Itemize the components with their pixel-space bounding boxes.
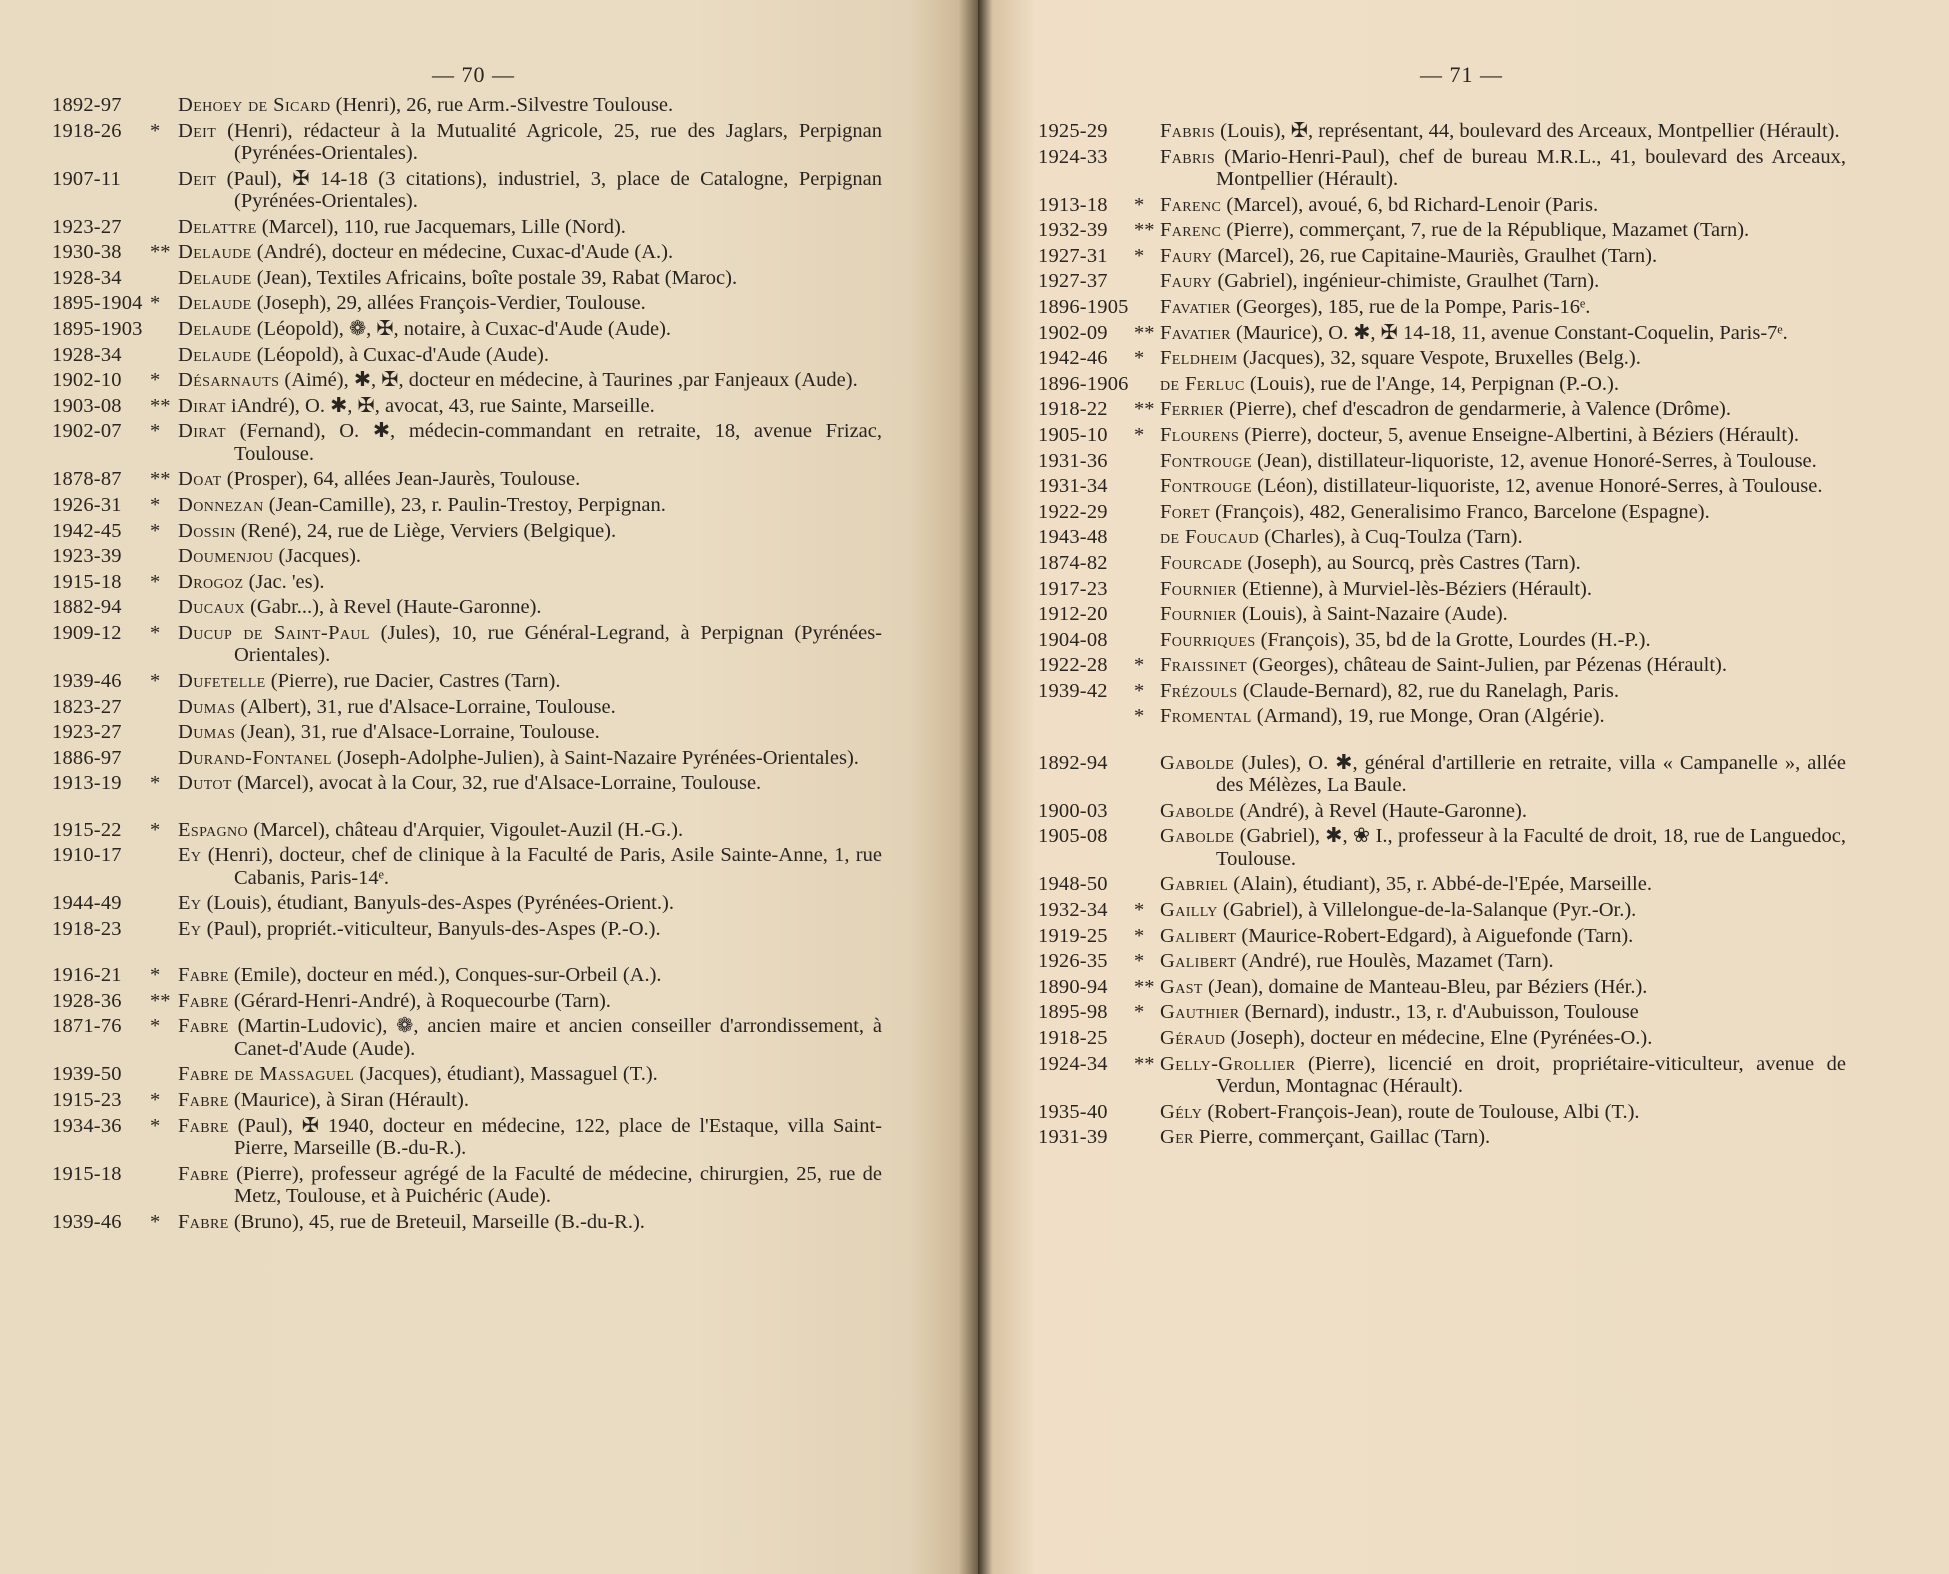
membership-marker (150, 344, 178, 366)
membership-years: 1924-33 (1038, 146, 1134, 191)
directory-entry: 1918-22**Ferrier (Pierre), chef d'escadr… (1038, 398, 1846, 420)
directory-entry: 1932-39**Farenc (Pierre), commerçant, 7,… (1038, 219, 1846, 241)
membership-marker (1134, 475, 1160, 497)
entry-text: Fournier (Louis), à Saint-Nazaire (Aude)… (1160, 603, 1846, 625)
member-surname: Ger (1160, 1126, 1194, 1148)
member-surname: Dirat (178, 420, 226, 442)
member-surname: Fontrouge (1160, 450, 1252, 472)
directory-entry: 1878-87**Doat (Prosper), 64, allées Jean… (52, 468, 882, 490)
entry-text: Dumas (Albert), 31, rue d'Alsace-Lorrain… (178, 696, 882, 718)
membership-marker (150, 844, 178, 889)
membership-years: 1871-76 (52, 1015, 150, 1060)
entry-text: Ger Pierre, commerçant, Gaillac (Tarn). (1160, 1126, 1846, 1148)
membership-years: 1924-34 (1038, 1053, 1134, 1098)
membership-marker: * (1134, 950, 1160, 972)
directory-entry: 1942-45*Dossin (René), 24, rue de Liège,… (52, 520, 882, 542)
directory-entry: 1912-20Fournier (Louis), à Saint-Nazaire… (1038, 603, 1846, 625)
entry-text: Dossin (René), 24, rue de Liège, Vervier… (178, 520, 882, 542)
member-details: (Henri), docteur, chef de clinique à la … (201, 844, 882, 888)
page-right: — 71 — 1925-29Fabris (Louis), ✠, représe… (978, 0, 1949, 1574)
directory-entry: 1935-40Gély (Robert-François-Jean), rout… (1038, 1101, 1846, 1123)
entry-text: Dufetelle (Pierre), rue Dacier, Castres … (178, 670, 882, 692)
entry-text: Fabre (Paul), ✠ 1940, docteur en médecin… (178, 1115, 882, 1160)
member-surname: Ducaux (178, 596, 245, 618)
member-surname: Doumenjou (178, 545, 273, 567)
entry-text: Delaude (Léopold), à Cuxac-d'Aude (Aude)… (178, 344, 882, 366)
membership-marker (150, 747, 178, 769)
directory-entry: 1927-37Faury (Gabriel), ingénieur-chimis… (1038, 270, 1846, 292)
member-details: (François), 482, Generalisimo Franco, Ba… (1210, 501, 1710, 523)
member-details: (Georges), 185, rue de la Pompe, Paris-1… (1231, 296, 1591, 318)
member-details: (Paul), ✠ 1940, docteur en médecine, 122… (229, 1115, 882, 1159)
membership-marker: ** (150, 395, 178, 417)
membership-marker (1134, 578, 1160, 600)
page-number: — 71 — (1420, 62, 1503, 88)
member-details: iAndré), O. ✱, ✠, avocat, 43, rue Sainte… (226, 395, 655, 417)
membership-years: 1942-46 (1038, 347, 1134, 369)
entry-text: Gabolde (André), à Revel (Haute-Garonne)… (1160, 800, 1846, 822)
member-details: (Marcel), avoué, 6, bd Richard-Lenoir (P… (1221, 194, 1598, 216)
directory-entry: 1918-25Géraud (Joseph), docteur en médec… (1038, 1027, 1846, 1049)
membership-years: 1882-94 (52, 596, 150, 618)
directory-entry: 1895-1903Delaude (Léopold), ❁, ✠, notair… (52, 318, 882, 340)
member-details: (Louis), ✠, représentant, 44, boulevard … (1215, 120, 1840, 142)
entry-text: Gabriel (Alain), étudiant), 35, r. Abbé-… (1160, 873, 1846, 895)
member-details: (Léopold), ❁, ✠, notaire, à Cuxac-d'Aude… (252, 318, 671, 340)
member-surname: Delattre (178, 216, 257, 238)
member-details: (Martin-Ludovic), ❁, ancien maire et anc… (229, 1015, 882, 1059)
member-surname: Ducup de Saint-Paul (178, 622, 370, 644)
membership-years: 1923-39 (52, 545, 150, 567)
member-details: (Pierre), chef d'escadron de gendarmerie… (1224, 398, 1731, 420)
member-details: (Robert-François-Jean), route de Toulous… (1202, 1101, 1639, 1123)
entry-text: Farenc (Marcel), avoué, 6, bd Richard-Le… (1160, 194, 1846, 216)
member-details: (Jules), O. ✱, général d'artillerie en r… (1216, 752, 1846, 796)
member-surname: Faury (1160, 245, 1212, 267)
membership-years: 1918-25 (1038, 1027, 1134, 1049)
entry-text: Gabolde (Jules), O. ✱, général d'artille… (1160, 752, 1846, 797)
membership-years: 1939-46 (52, 670, 150, 692)
entry-text: Delaude (Jean), Textiles Africains, boît… (178, 267, 882, 289)
member-surname: Galibert (1160, 950, 1236, 972)
membership-marker (150, 696, 178, 718)
member-surname: Gast (1160, 976, 1203, 998)
member-details: (Jacques). (273, 545, 361, 567)
member-surname: Fourriques (1160, 629, 1256, 651)
membership-marker: ** (150, 990, 178, 1012)
member-surname: Gauthier (1160, 1001, 1239, 1023)
directory-entry: 1874-82Fourcade (Joseph), au Sourcq, prè… (1038, 552, 1846, 574)
directory-entry: 1915-18Fabre (Pierre), professeur agrégé… (52, 1163, 882, 1208)
page-number: — 70 — (432, 62, 515, 88)
member-details: (René), 24, rue de Liège, Verviers (Belg… (236, 520, 616, 542)
entry-text: Gast (Jean), domaine de Manteau-Bleu, pa… (1160, 976, 1846, 998)
entry-text: Fabre (Gérard-Henri-André), à Roquecourb… (178, 990, 882, 1012)
membership-years: 1931-34 (1038, 475, 1134, 497)
directory-entry: 1939-46*Dufetelle (Pierre), rue Dacier, … (52, 670, 882, 692)
membership-years: 1895-1903 (52, 318, 150, 340)
entry-list: 1892-97Dehoey de Sicard (Henri), 26, rue… (52, 94, 882, 1236)
directory-entry: 1915-18*Drogoz (Jac. 'es). (52, 571, 882, 593)
membership-marker: * (1134, 1001, 1160, 1023)
membership-years: 1823-27 (52, 696, 150, 718)
page-left: — 70 — 1892-97Dehoey de Sicard (Henri), … (0, 0, 978, 1574)
membership-marker: * (1134, 245, 1160, 267)
membership-marker (1134, 296, 1160, 318)
membership-years: 1932-39 (1038, 219, 1134, 241)
member-details: (Louis), rue de l'Ange, 14, Perpignan (P… (1245, 373, 1619, 395)
member-details: (Pierre), commerçant, 7, rue de la Répub… (1221, 219, 1749, 241)
membership-marker: ** (1134, 1053, 1160, 1098)
entry-text: Ducaux (Gabr...), à Revel (Haute-Garonne… (178, 596, 882, 618)
membership-marker (1134, 603, 1160, 625)
member-details: (Georges), château de Saint-Julien, par … (1247, 654, 1727, 676)
membership-marker: ** (150, 468, 178, 490)
entry-text: Fontrouge (Jean), distillateur-liquorist… (1160, 450, 1846, 472)
member-details: (Mario-Henri-Paul), chef de bureau M.R.L… (1215, 146, 1846, 190)
directory-entry: 1915-22*Espagno (Marcel), château d'Arqu… (52, 819, 882, 841)
membership-marker: * (1134, 347, 1160, 369)
member-details: (Maurice), O. ✱, ✠ 14-18, 11, avenue Con… (1231, 322, 1788, 344)
directory-entry: 1896-1906de Ferluc (Louis), rue de l'Ang… (1038, 373, 1846, 395)
entry-text: Farenc (Pierre), commerçant, 7, rue de l… (1160, 219, 1846, 241)
entry-text: Fraissinet (Georges), château de Saint-J… (1160, 654, 1846, 676)
entry-text: de Ferluc (Louis), rue de l'Ange, 14, Pe… (1160, 373, 1846, 395)
member-details: (Joseph), 29, allées François-Verdier, T… (252, 292, 646, 314)
membership-marker: * (1134, 680, 1160, 702)
member-details: (Paul), ✠ 14-18 (3 citations), industrie… (216, 168, 882, 212)
member-surname: de Foucaud (1160, 526, 1259, 548)
membership-marker (1134, 1126, 1160, 1148)
member-details: (Gérard-Henri-André), à Roquecourbe (Tar… (229, 990, 611, 1012)
member-details: (Jacques), 32, square Vespote, Bruxelles… (1238, 347, 1641, 369)
member-surname: Ey (178, 892, 201, 914)
member-surname: Gelly-Grollier (1160, 1053, 1296, 1075)
membership-years: 1939-46 (52, 1211, 150, 1233)
entry-text: Delaude (André), docteur en médecine, Cu… (178, 241, 882, 263)
member-surname: Géraud (1160, 1027, 1225, 1049)
membership-years: 1902-10 (52, 369, 150, 391)
membership-years: 1926-31 (52, 494, 150, 516)
member-details: (Gabriel), ingénieur-chimiste, Graulhet … (1212, 270, 1599, 292)
membership-marker (1134, 501, 1160, 523)
entry-text: Fabris (Mario-Henri-Paul), chef de burea… (1160, 146, 1846, 191)
membership-marker (150, 216, 178, 238)
membership-years: 1931-36 (1038, 450, 1134, 472)
member-details: (Louis), étudiant, Banyuls-des-Aspes (Py… (201, 892, 674, 914)
membership-years: 1931-39 (1038, 1126, 1134, 1148)
membership-years: 1890-94 (1038, 976, 1134, 998)
membership-marker: * (150, 1115, 178, 1160)
membership-marker: * (150, 670, 178, 692)
directory-entry: 1948-50Gabriel (Alain), étudiant), 35, r… (1038, 873, 1846, 895)
membership-marker: * (1134, 925, 1160, 947)
member-details: (Henri), rédacteur à la Mutualité Agrico… (216, 120, 882, 164)
member-surname: Espagno (178, 819, 248, 841)
member-details: (Pierre), rue Dacier, Castres (Tarn). (266, 670, 561, 692)
membership-years: 1918-26 (52, 120, 150, 165)
directory-entry: 1902-10*Désarnauts (Aimé), ✱, ✠, docteur… (52, 369, 882, 391)
directory-entry: 1917-23Fournier (Etienne), à Murviel-lès… (1038, 578, 1846, 600)
membership-marker (150, 1063, 178, 1085)
membership-years: 1896-1906 (1038, 373, 1134, 395)
member-details: (Jean-Camille), 23, r. Paulin-Trestoy, P… (264, 494, 666, 516)
membership-marker: * (1134, 424, 1160, 446)
directory-entry: 1886-97Durand-Fontanel (Joseph-Adolphe-J… (52, 747, 882, 769)
membership-marker (1134, 120, 1160, 142)
membership-years: 1939-42 (1038, 680, 1134, 702)
member-surname: de Ferluc (1160, 373, 1245, 395)
membership-marker (1134, 1101, 1160, 1123)
directory-entry: 1892-97Dehoey de Sicard (Henri), 26, rue… (52, 94, 882, 116)
member-details: (Albert), 31, rue d'Alsace-Lorraine, Tou… (235, 696, 615, 718)
member-surname: Dumas (178, 696, 235, 718)
book-spread: — 70 — 1892-97Dehoey de Sicard (Henri), … (0, 0, 1949, 1574)
directory-entry: 1882-94Ducaux (Gabr...), à Revel (Haute-… (52, 596, 882, 618)
membership-years: 1907-11 (52, 168, 150, 213)
entry-text: Delaude (Léopold), ❁, ✠, notaire, à Cuxa… (178, 318, 882, 340)
member-surname: Dehoey de Sicard (178, 94, 331, 116)
membership-marker (150, 596, 178, 618)
membership-marker: * (1134, 899, 1160, 921)
membership-marker (150, 168, 178, 213)
member-details: (Prosper), 64, allées Jean-Jaurès, Toulo… (222, 468, 581, 490)
directory-entry: 1905-10*Flourens (Pierre), docteur, 5, a… (1038, 424, 1846, 446)
member-details: (Aimé), ✱, ✠, docteur en médecine, à Tau… (279, 369, 857, 391)
member-details: (Charles), à Cuq-Toulza (Tarn). (1259, 526, 1523, 548)
entry-text: Fourriques (François), 35, bd de la Grot… (1160, 629, 1846, 651)
membership-marker (150, 1163, 178, 1208)
member-surname: Fromental (1160, 705, 1252, 727)
member-details: (Léon), distillateur-liquoriste, 12, ave… (1252, 475, 1822, 497)
directory-entry: 1913-18*Farenc (Marcel), avoué, 6, bd Ri… (1038, 194, 1846, 216)
member-surname: Gabriel (1160, 873, 1228, 895)
entry-text: Fourcade (Joseph), au Sourcq, près Castr… (1160, 552, 1846, 574)
member-details: (Armand), 19, rue Monge, Oran (Algérie). (1252, 705, 1605, 727)
directory-entry: 1902-09**Favatier (Maurice), O. ✱, ✠ 14-… (1038, 322, 1846, 344)
entry-text: Delaude (Joseph), 29, allées François-Ve… (178, 292, 882, 314)
directory-entry: 1900-03Gabolde (André), à Revel (Haute-G… (1038, 800, 1846, 822)
membership-years: 1915-22 (52, 819, 150, 841)
member-details: (Etienne), à Murviel-lès-Béziers (Héraul… (1237, 578, 1592, 600)
membership-marker (1134, 1027, 1160, 1049)
entry-text: Gély (Robert-François-Jean), route de To… (1160, 1101, 1846, 1123)
entry-text: Feldheim (Jacques), 32, square Vespote, … (1160, 347, 1846, 369)
member-surname: Delaude (178, 318, 252, 340)
entry-text: Deit (Paul), ✠ 14-18 (3 citations), indu… (178, 168, 882, 213)
membership-marker: * (150, 571, 178, 593)
membership-marker (1134, 373, 1160, 395)
member-surname: Galibert (1160, 925, 1236, 947)
member-details: (André), à Revel (Haute-Garonne). (1234, 800, 1527, 822)
directory-entry: 1925-29Fabris (Louis), ✠, représentant, … (1038, 120, 1846, 142)
member-surname: Ey (178, 844, 201, 866)
membership-years: 1919-25 (1038, 925, 1134, 947)
entry-text: Delattre (Marcel), 110, rue Jacquemars, … (178, 216, 882, 238)
member-surname: Deit (178, 168, 216, 190)
member-surname: Dirat (178, 395, 226, 417)
member-details: (Marcel), château d'Arquier, Vigoulet-Au… (248, 819, 683, 841)
membership-years: 1918-22 (1038, 398, 1134, 420)
entry-text: Favatier (Georges), 185, rue de la Pompe… (1160, 296, 1846, 318)
member-details: (André), docteur en médecine, Cuxac-d'Au… (252, 241, 674, 263)
member-surname: Frézouls (1160, 680, 1238, 702)
membership-marker: * (150, 1211, 178, 1233)
member-surname: Gély (1160, 1101, 1202, 1123)
membership-years: 1923-27 (52, 721, 150, 743)
entry-text: Ducup de Saint-Paul (Jules), 10, rue Gén… (178, 622, 882, 667)
member-details: (Fernand), O. ✱, médecin-commandant en r… (226, 420, 882, 464)
member-surname: Donnezan (178, 494, 264, 516)
member-details: (François), 35, bd de la Grotte, Lourdes… (1256, 629, 1651, 651)
member-details: (André), rue Houlès, Mazamet (Tarn). (1236, 950, 1553, 972)
member-details: (Jean), Textiles Africains, boîte postal… (252, 267, 737, 289)
directory-entry: 1895-98*Gauthier (Bernard), industr., 13… (1038, 1001, 1846, 1023)
entry-text: Foret (François), 482, Generalisimo Fran… (1160, 501, 1846, 523)
membership-years: 1922-29 (1038, 501, 1134, 523)
member-surname: Ferrier (1160, 398, 1224, 420)
membership-marker (1134, 552, 1160, 574)
entry-text: Désarnauts (Aimé), ✱, ✠, docteur en méde… (178, 369, 882, 391)
directory-entry: 1931-34Fontrouge (Léon), distillateur-li… (1038, 475, 1846, 497)
membership-years: 1934-36 (52, 1115, 150, 1160)
member-surname: Désarnauts (178, 369, 279, 391)
entry-text: Espagno (Marcel), château d'Arquier, Vig… (178, 819, 882, 841)
membership-marker: * (150, 964, 178, 986)
member-surname: Doat (178, 468, 222, 490)
membership-years: 1926-35 (1038, 950, 1134, 972)
directory-entry: 1892-94Gabolde (Jules), O. ✱, général d'… (1038, 752, 1846, 797)
membership-marker (150, 545, 178, 567)
membership-years (1038, 705, 1134, 727)
directory-entry: 1923-27Delattre (Marcel), 110, rue Jacqu… (52, 216, 882, 238)
membership-years: 1928-34 (52, 267, 150, 289)
entry-text: Dirat iAndré), O. ✱, ✠, avocat, 43, rue … (178, 395, 882, 417)
entry-text: Flourens (Pierre), docteur, 5, avenue En… (1160, 424, 1846, 446)
member-surname: Dossin (178, 520, 236, 542)
member-surname: Favatier (1160, 322, 1231, 344)
member-details: (Bruno), 45, rue de Breteuil, Marseille … (229, 1211, 645, 1233)
membership-years: 1927-37 (1038, 270, 1134, 292)
directory-entry: 1871-76*Fabre (Martin-Ludovic), ❁, ancie… (52, 1015, 882, 1060)
member-surname: Fabris (1160, 120, 1215, 142)
directory-entry: 1939-42*Frézouls (Claude-Bernard), 82, r… (1038, 680, 1846, 702)
entry-text: Fabre (Maurice), à Siran (Hérault). (178, 1089, 882, 1111)
member-details: (Gabr...), à Revel (Haute-Garonne). (245, 596, 542, 618)
membership-years: 1905-08 (1038, 825, 1134, 870)
entry-text: Deit (Henri), rédacteur à la Mutualité A… (178, 120, 882, 165)
entry-text: Dutot (Marcel), avocat à la Cour, 32, ru… (178, 772, 882, 794)
membership-marker (150, 892, 178, 914)
directory-entry: 1926-31*Donnezan (Jean-Camille), 23, r. … (52, 494, 882, 516)
entry-text: Galibert (Maurice-Robert-Edgard), à Aigu… (1160, 925, 1846, 947)
directory-entry: 1927-31*Faury (Marcel), 26, rue Capitain… (1038, 245, 1846, 267)
directory-entry: 1923-39Doumenjou (Jacques). (52, 545, 882, 567)
membership-years: 1874-82 (1038, 552, 1134, 574)
entry-list: 1925-29Fabris (Louis), ✠, représentant, … (1038, 120, 1846, 1152)
member-details: (Gabriel), ✱, ❀ I., professeur à la Facu… (1216, 825, 1846, 869)
directory-entry: 1932-34*Gailly (Gabriel), à Villelongue-… (1038, 899, 1846, 921)
member-surname: Fourcade (1160, 552, 1242, 574)
member-details: (Jacques), étudiant), Massaguel (T.). (354, 1063, 658, 1085)
member-details: (Paul), propriét.-viticulteur, Banyuls-d… (201, 918, 660, 940)
member-details: (Joseph), docteur en médecine, Elne (Pyr… (1225, 1027, 1652, 1049)
member-details: (Marcel), 110, rue Jacquemars, Lille (No… (257, 216, 626, 238)
directory-entry: 1902-07*Dirat (Fernand), O. ✱, médecin-c… (52, 420, 882, 465)
membership-years: 1942-45 (52, 520, 150, 542)
directory-entry: 1895-1904*Delaude (Joseph), 29, allées F… (52, 292, 882, 314)
member-surname: Fabris (1160, 146, 1215, 168)
member-details: (Pierre), licencié en droit, propriétair… (1216, 1053, 1846, 1097)
entry-text: Donnezan (Jean-Camille), 23, r. Paulin-T… (178, 494, 882, 516)
entry-text: Fabre (Emile), docteur en méd.), Conques… (178, 964, 882, 986)
membership-marker: * (1134, 654, 1160, 676)
membership-years: 1892-97 (52, 94, 150, 116)
directory-entry: 1896-1905Favatier (Georges), 185, rue de… (1038, 296, 1846, 318)
membership-years: 1915-18 (52, 571, 150, 593)
membership-marker (1134, 146, 1160, 191)
directory-entry: 1918-26*Deit (Henri), rédacteur à la Mut… (52, 120, 882, 165)
membership-years: 1895-1904 (52, 292, 150, 314)
membership-marker: ** (1134, 219, 1160, 241)
directory-entry: 1943-48de Foucaud (Charles), à Cuq-Toulz… (1038, 526, 1846, 548)
entry-text: Doat (Prosper), 64, allées Jean-Jaurès, … (178, 468, 882, 490)
directory-entry: 1903-08**Dirat iAndré), O. ✱, ✠, avocat,… (52, 395, 882, 417)
member-surname: Delaude (178, 344, 252, 366)
directory-entry: 1924-33Fabris (Mario-Henri-Paul), chef d… (1038, 146, 1846, 191)
directory-entry: 1942-46*Feldheim (Jacques), 32, square V… (1038, 347, 1846, 369)
membership-years: 1903-08 (52, 395, 150, 417)
member-surname: Flourens (1160, 424, 1239, 446)
entry-text: Drogoz (Jac. 'es). (178, 571, 882, 593)
membership-years: 1912-20 (1038, 603, 1134, 625)
member-details: (Emile), docteur en méd.), Conques-sur-O… (229, 964, 662, 986)
member-surname: Favatier (1160, 296, 1231, 318)
membership-years: 1939-50 (52, 1063, 150, 1085)
membership-years: 1900-03 (1038, 800, 1134, 822)
directory-entry: 1904-08Fourriques (François), 35, bd de … (1038, 629, 1846, 651)
directory-entry: 1922-29Foret (François), 482, Generalisi… (1038, 501, 1846, 523)
membership-years: 1913-19 (52, 772, 150, 794)
member-surname: Fontrouge (1160, 475, 1252, 497)
entry-text: Fabre (Bruno), 45, rue de Breteuil, Mars… (178, 1211, 882, 1233)
member-details: (Henri), 26, rue Arm.-Silvestre Toulouse… (331, 94, 674, 116)
membership-years: 1917-23 (1038, 578, 1134, 600)
member-surname: Fabre de Massaguel (178, 1063, 354, 1085)
entry-text: Ey (Paul), propriét.-viticulteur, Banyul… (178, 918, 882, 940)
membership-years: 1915-18 (52, 1163, 150, 1208)
directory-entry: 1926-35*Galibert (André), rue Houlès, Ma… (1038, 950, 1846, 972)
membership-marker: * (150, 494, 178, 516)
member-details: (Maurice-Robert-Edgard), à Aiguefonde (T… (1236, 925, 1633, 947)
membership-marker (1134, 800, 1160, 822)
membership-years: 1886-97 (52, 747, 150, 769)
membership-marker: * (150, 819, 178, 841)
directory-entry: 1931-36Fontrouge (Jean), distillateur-li… (1038, 450, 1846, 472)
entry-text: Géraud (Joseph), docteur en médecine, El… (1160, 1027, 1846, 1049)
entry-text: Ey (Louis), étudiant, Banyuls-des-Aspes … (178, 892, 882, 914)
directory-entry: 1928-34Delaude (Léopold), à Cuxac-d'Aude… (52, 344, 882, 366)
membership-marker: * (1134, 194, 1160, 216)
membership-marker: * (150, 420, 178, 465)
membership-years: 1922-28 (1038, 654, 1134, 676)
entry-text: Doumenjou (Jacques). (178, 545, 882, 567)
membership-marker: * (150, 772, 178, 794)
directory-entry: 1910-17Ey (Henri), docteur, chef de clin… (52, 844, 882, 889)
membership-years: 1923-27 (52, 216, 150, 238)
directory-entry: 1939-50Fabre de Massaguel (Jacques), étu… (52, 1063, 882, 1085)
membership-years: 1896-1905 (1038, 296, 1134, 318)
